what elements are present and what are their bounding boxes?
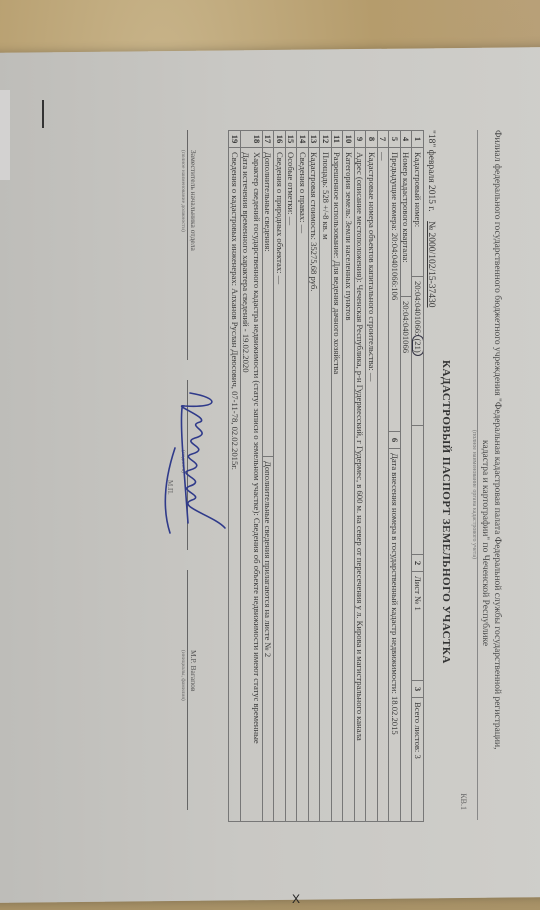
form-code: КВ.1 (459, 793, 468, 810)
row-number: 2 (413, 554, 424, 572)
additional-info: Дополнительные сведения прилагаются на л… (263, 457, 274, 821)
address: Адрес (описание местоположения): Чеченск… (355, 148, 366, 821)
cadastral-engineers: Сведения о кадастровых инженерах: Алхано… (230, 148, 241, 821)
rights-info: Сведения о правах: — (298, 148, 309, 821)
circled-suffix: (21) (412, 335, 423, 355)
row-number: 15 (286, 131, 297, 148)
row-number: 3 (413, 681, 424, 698)
table-row: 8 Кадастровые номера объектов капитально… (366, 131, 378, 821)
row-number: 7 (378, 131, 389, 148)
table-row: 19 Сведения о кадастровых инженерах: Алх… (229, 131, 241, 821)
row-number: 1 (413, 131, 424, 148)
row-number: 18 (241, 131, 262, 148)
signature-block: Заместитель начальника отдела (полное на… (160, 130, 200, 820)
table-row: 15 Особые отметки: — (285, 131, 297, 821)
signer-position: Заместитель начальника отдела (189, 150, 198, 251)
row-number: 6 (390, 432, 401, 449)
table-row: 14 Сведения о правах: — (297, 131, 309, 821)
previous-numbers: Предыдущие номера: 20:04:0401066:106 (390, 148, 401, 432)
row-number: 9 (355, 131, 366, 148)
organization-caption: (полное наименование органа кадастрового… (471, 430, 477, 830)
table-row: 13 Кадастровая стоимость: 35275,68 руб. (308, 131, 320, 821)
row-number: 13 (309, 131, 320, 148)
organization-header-cont: кадастра и картографии" по Чеченской Рес… (480, 440, 490, 830)
table-row: 4 Номер кадастрового квартала: 20:04:040… (400, 131, 412, 821)
special-notes: Особые отметки: — (286, 148, 297, 821)
table-row: 11 Разрешенное использование: Для ведени… (331, 131, 343, 821)
table-row: 10 Категория земель: Земли населенных пу… (343, 131, 355, 821)
registration-date: "18" февраля 2015 г. (426, 130, 436, 212)
row-number: 19 (230, 131, 241, 148)
additional-info-label: Дополнительные сведения: (263, 148, 274, 457)
table-row: 1 Кадастровый номер: 20:04:0401066:(21) … (412, 131, 424, 821)
cadastral-passport: Филиал федерального государственного бюд… (150, 110, 510, 830)
table-row: 17 Дополнительные сведения: Дополнительн… (262, 131, 274, 821)
registration-line: "18" февраля 2015 г. № 2000/102/15-37430 (426, 130, 436, 308)
registration-number: № 2000/102/15-37430 (426, 221, 436, 307)
record-status: Характер сведений государственного кадас… (241, 148, 262, 821)
edge-mark: X (292, 892, 300, 906)
cadastral-number: 20:04:0401066:(21) (413, 277, 424, 426)
tape-strip (0, 90, 10, 180)
table-row: 7 — (377, 131, 389, 821)
row-number: 10 (344, 131, 355, 148)
sheet-number: Лист № 1 (413, 572, 424, 681)
header-rule (477, 130, 478, 820)
table-row: 16 Сведения о природных объектах: — (274, 131, 286, 821)
permitted-use: Разрешенное использование: Для ведения д… (332, 148, 343, 821)
pen-mark (42, 100, 44, 128)
row-number: 17 (263, 131, 274, 148)
table-row: 9 Адрес (описание местоположения): Чечен… (354, 131, 366, 821)
row-number: 16 (275, 131, 286, 148)
organization-header: Филиал федерального государственного бюд… (492, 130, 502, 830)
row-label: Номер кадастрового квартала: (401, 148, 412, 297)
row-number: 12 (321, 131, 332, 148)
row-label: Кадастровый номер: (413, 148, 424, 277)
cadastral-number-value: 20:04:0401066: (413, 281, 423, 335)
table-row: 12 Площадь: 528 +/-8 кв. м (320, 131, 332, 821)
temporary-expiry: Дата истечения временного характера свед… (241, 152, 252, 817)
row-number: 5 (390, 131, 401, 148)
row-number: 4 (401, 131, 412, 148)
signer-name: М.Р. Вагапов (189, 650, 198, 691)
row-number: 8 (367, 131, 378, 148)
table-row: 5 Предыдущие номера: 20:04:0401066:106 6… (389, 131, 401, 821)
handwritten-signature (160, 388, 230, 538)
area: Площадь: 528 +/-8 кв. м (321, 148, 332, 821)
record-status-text: Характер сведений государственного кадас… (252, 152, 263, 817)
quarter-number: 20:04:0401066 (401, 297, 412, 821)
row-number: 11 (332, 131, 343, 148)
row-number: 14 (298, 131, 309, 148)
date-entered: Дата внесения номера в государственный к… (390, 449, 401, 821)
total-sheets: Всего листов: 3 (413, 698, 424, 821)
name-caption: (инициалы, фамилия) (180, 650, 186, 701)
natural-objects: Сведения о природных объектах: — (275, 148, 286, 821)
table-row: 18 Характер сведений государственного ка… (240, 131, 262, 821)
document-title: КАДАСТРОВЫЙ ПАСПОРТ ЗЕМЕЛЬНОГО УЧАСТКА (440, 360, 452, 664)
passport-table: 1 Кадастровый номер: 20:04:0401066:(21) … (229, 130, 425, 822)
row-value: — (378, 148, 389, 821)
position-caption: (полное наименование должности) (180, 150, 186, 232)
land-category: Категория земель: Земли населенных пункт… (344, 148, 355, 821)
capital-objects: Кадастровые номера объектов капитального… (367, 148, 378, 821)
cadastral-value: Кадастровая стоимость: 35275,68 руб. (309, 148, 320, 821)
